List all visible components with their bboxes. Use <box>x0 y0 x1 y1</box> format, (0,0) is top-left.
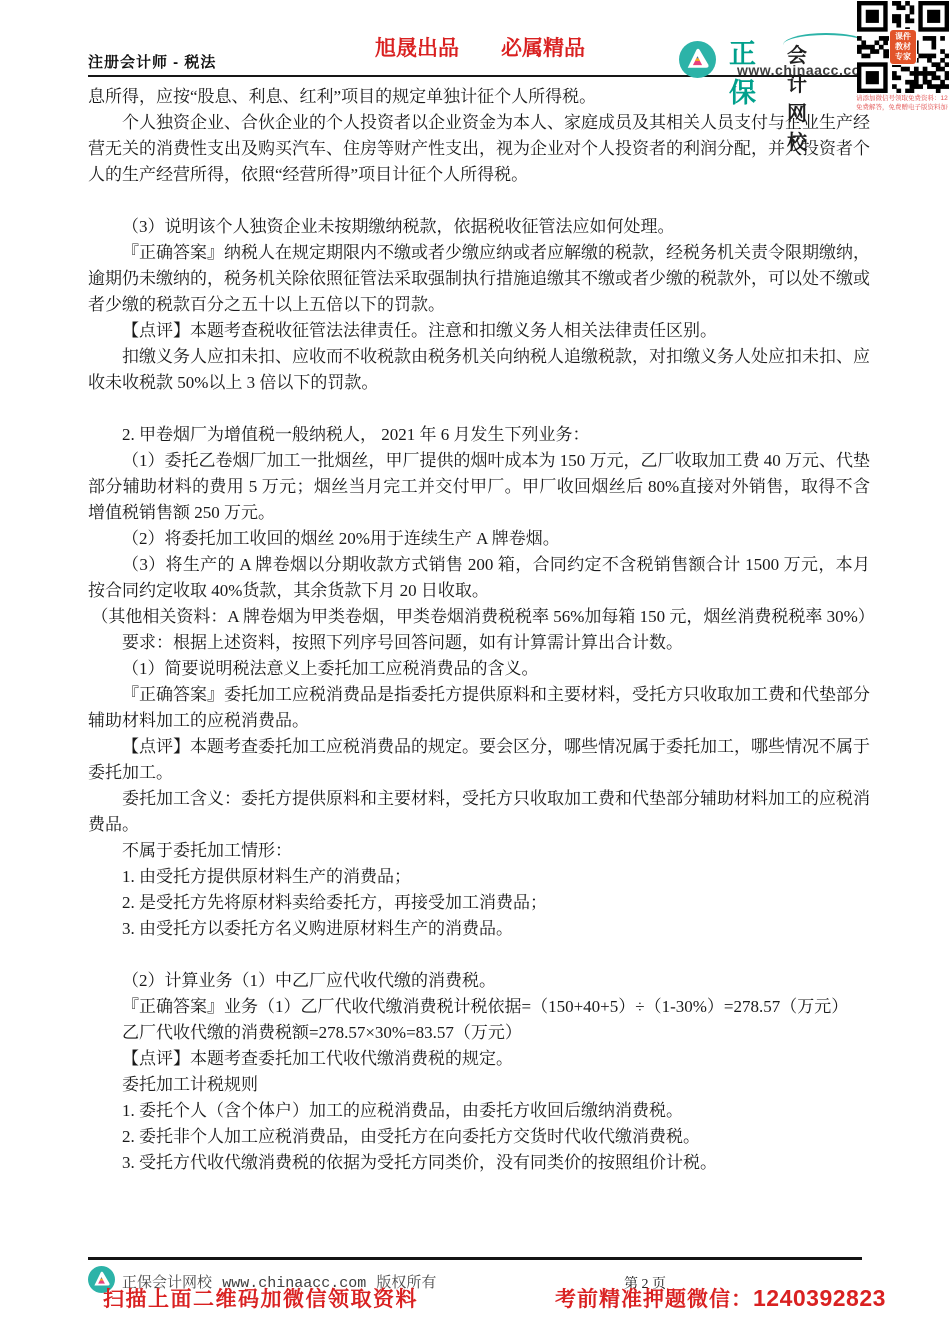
paragraph: 『正确答案』委托加工应税消费品是指委托方提供原料和主要材料，受托方只收取加工费和… <box>88 682 870 734</box>
paragraph: 个人独资企业、合伙企业的个人投资者以企业资金为本人、家庭成员及其相关人员支付与企… <box>88 110 870 188</box>
paragraph: 2. 委托非个人加工应税消费品，由受托方在向委托方交货时代收代缴消费税。 <box>88 1124 870 1150</box>
qr-code: 课件教材专家 <box>857 1 949 93</box>
document-body: 息所得，应按“股息、利息、红利”项目的规定单独计征个人所得税。个人独资企业、合伙… <box>88 84 870 1176</box>
slogan-right: 必属精品 <box>501 32 585 62</box>
paragraph: 要求：根据上述资料，按照下列序号回答问题，如有计算需计算出合计数。 <box>88 630 870 656</box>
paragraph: （3）说明该个人独资企业未按期缴纳税款，依据税收征管法应如何处理。 <box>88 214 870 240</box>
paragraph: （2）计算业务（1）中乙厂应代收代缴的消费税。 <box>88 968 870 994</box>
footer-wechat-tip: 考前精准押题微信：1240392823 <box>555 1283 886 1313</box>
paragraph: 不属于委托加工情形： <box>88 838 870 864</box>
paragraph: 3. 受托方代收代缴消费税的依据为受托方同类价，没有同类价的按照组价计税。 <box>88 1150 870 1176</box>
qr-center-badge: 课件教材专家 <box>889 29 917 65</box>
paragraph: 『正确答案』业务（1）乙厂代收代缴消费税计税依据=（150+40+5）÷（1-3… <box>88 994 870 1020</box>
paragraph: 委托加工计税规则 <box>88 1072 870 1098</box>
footer-wechat-label: 考前精准押题微信： <box>555 1288 753 1311</box>
paragraph: （3）将生产的 A 牌卷烟以分期收款方式销售 200 箱，合同约定不含税销售额合… <box>88 552 870 604</box>
paragraph: 乙厂代收代缴的消费税额=278.57×30%=83.57（万元） <box>88 1020 870 1046</box>
course-title: 注册会计师 - 税法 <box>88 51 216 72</box>
paragraph: （其他相关资料：A 牌卷烟为甲类卷烟，甲类卷烟消费税税率 56%加每箱 150 … <box>88 604 870 630</box>
paragraph-spacer <box>88 188 870 214</box>
paragraph: 3. 由受托方以委托方名义购进原材料生产的消费品。 <box>88 916 870 942</box>
paragraph-spacer <box>88 942 870 968</box>
paragraph: 委托加工含义：委托方提供原料和主要材料，受托方只收取加工费和代垫部分辅助材料加工… <box>88 786 870 838</box>
paragraph: （2）将委托加工收回的烟丝 20%用于连续生产 A 牌卷烟。 <box>88 526 870 552</box>
paragraph: 『正确答案』纳税人在规定期限内不缴或者少缴应纳或者应解缴的税款，经税务机关责令限… <box>88 240 870 318</box>
brand-logo-icon <box>679 41 716 78</box>
paragraph: 1. 由受托方提供原材料生产的消费品； <box>88 864 870 890</box>
paragraph: （1）简要说明税法意义上委托加工应税消费品的含义。 <box>88 656 870 682</box>
paragraph: 2. 甲卷烟厂为增值税一般纳税人， 2021 年 6 月发生下列业务： <box>88 422 870 448</box>
brand-website: www.chinaacc.com <box>737 62 874 78</box>
paragraph: 1. 委托个人（含个体户）加工的应税消费品，由委托方收回后缴纳消费税。 <box>88 1098 870 1124</box>
slogan-left: 旭晟出品 <box>375 32 459 62</box>
footer-scan-tip: 扫描上面二维码加微信领取资料 <box>103 1283 418 1313</box>
qr-badge-line: 专家 <box>895 52 911 62</box>
paragraph: 扣缴义务人应扣未扣、应收而不收税款由税务机关向纳税人追缴税款，对扣缴义务人处应扣… <box>88 344 870 396</box>
paragraph: 【点评】本题考查税收征管法法律责任。注意和扣缴义务人相关法律责任区别。 <box>88 318 870 344</box>
paragraph: 【点评】本题考查委托加工应税消费品的规定。要会区分，哪些情况属于委托加工，哪些情… <box>88 734 870 786</box>
footer-divider <box>88 1257 862 1260</box>
footer-wechat-number: 1240392823 <box>753 1285 886 1311</box>
paragraph: 2. 是受托方先将原材料卖给委托方，再接受加工消费品； <box>88 890 870 916</box>
qr-badge-line: 课件 <box>895 32 911 42</box>
qr-badge-line: 教材 <box>895 42 911 52</box>
header-slogan: 旭晟出品 必属精品 <box>375 32 585 62</box>
document-page: 旭晟出品 必属精品 注册会计师 - 税法 正保 会计网校 www.chinaac… <box>0 0 950 1344</box>
paragraph: （1）委托乙卷烟厂加工一批烟丝，甲厂提供的烟叶成本为 150 万元，乙厂收取加工… <box>88 448 870 526</box>
paragraph: 【点评】本题考查委托加工代收代缴消费税的规定。 <box>88 1046 870 1072</box>
paragraph: 息所得，应按“股息、利息、红利”项目的规定单独计征个人所得税。 <box>88 84 870 110</box>
paragraph-spacer <box>88 396 870 422</box>
